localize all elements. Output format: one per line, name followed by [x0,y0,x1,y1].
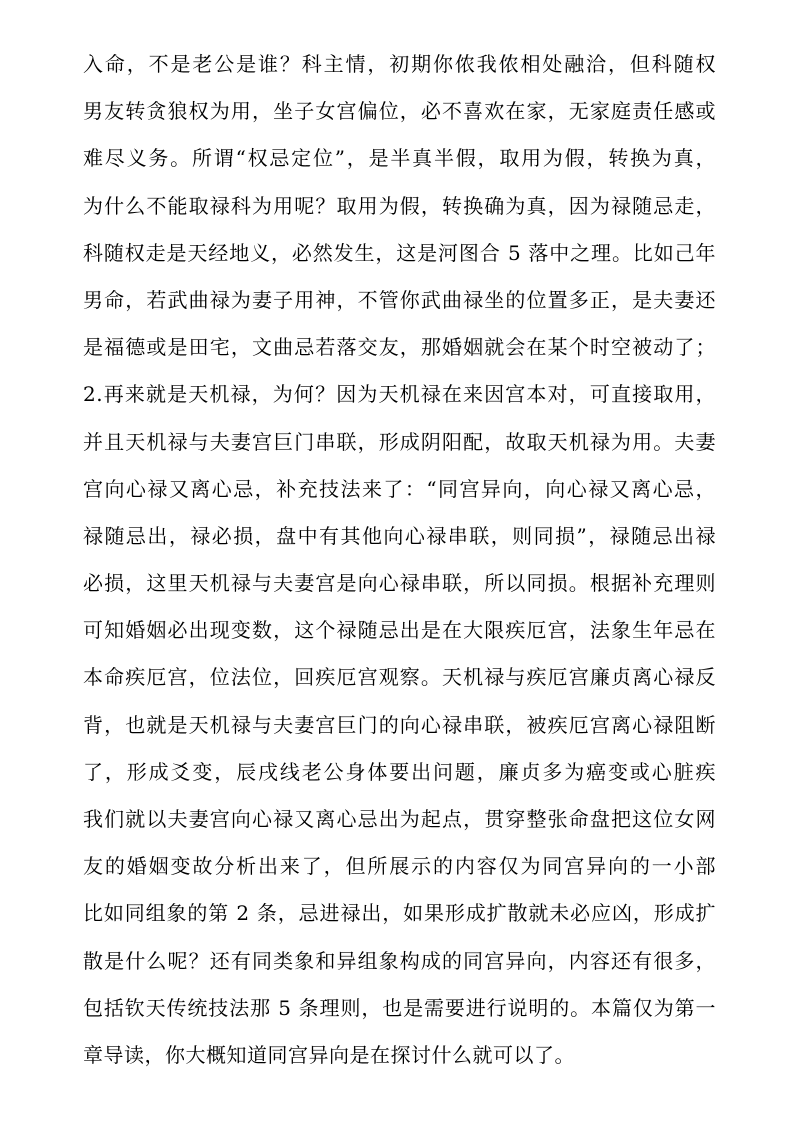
document-page: 入命，不是老公是谁？科主情，初期你侬我侬相处融洽，但科随权走， 男友转贪狼权为用… [0,0,794,1138]
text-line: 了，形成爻变，辰戌线老公身体要出问题，廉贞多为癌变或心脏疾病。 [83,749,716,796]
paragraph-block: 入命，不是老公是谁？科主情，初期你侬我侬相处融洽，但科随权走， 男友转贪狼权为用… [83,41,716,1079]
text-line: 并且天机禄与夫妻宫巨门串联，形成阴阳配，故取天机禄为用。夫妻 [83,419,716,466]
text-line: 背，也就是天机禄与夫妻宫巨门的向心禄串联，被疾厄宫离心禄阻断 [83,702,716,749]
text-line: 科随权走是天经地义，必然发生，这是河图合 5 落中之理。比如己年 [83,230,716,277]
text-line: 男友转贪狼权为用，坐子女宫偏位，必不喜欢在家，无家庭责任感或 [83,88,716,135]
text-line: 我们就以夫妻宫向心禄又离心忌出为起点，贯穿整张命盘把这位女网 [83,796,716,843]
text-line: 禄随忌出，禄必损，盘中有其他向心禄串联，则同损”，禄随忌出禄 [83,513,716,560]
text-line: 宫向心禄又离心忌，补充技法来了：“同宫异向，向心禄又离心忌， [83,466,716,513]
text-line: 比如同组象的第 2 条，忌进禄出，如果形成扩散就未必应凶，形成扩 [83,890,716,937]
text-line: 是福德或是田宅，文曲忌若落交友，那婚姻就会在某个时空被动了； [83,324,716,371]
text-line: 必损，这里天机禄与夫妻宫是向心禄串联，所以同损。根据补充理则 [83,560,716,607]
text-line: 难尽义务。所谓“权忌定位”，是半真半假，取用为假，转换为真， [83,135,716,182]
text-line: 为什么不能取禄科为用呢？取用为假，转换确为真，因为禄随忌走， [83,183,716,230]
text-line: 2.再来就是天机禄，为何？因为天机禄在来因宫本对，可直接取用， [83,371,716,418]
text-line: 本命疾厄宫，位法位，回疾厄宫观察。天机禄与疾厄宫廉贞离心禄反 [83,654,716,701]
text-line: 入命，不是老公是谁？科主情，初期你侬我侬相处融洽，但科随权走， [83,41,716,88]
text-line: 友的婚姻变故分析出来了，但所展示的内容仅为同宫异向的一小部分， [83,843,716,890]
text-line: 男命，若武曲禄为妻子用神，不管你武曲禄坐的位置多正，是夫妻还 [83,277,716,324]
text-line: 包括钦天传统技法那 5 条理则，也是需要进行说明的。本篇仅为第一 [83,985,716,1032]
text-line: 可知婚姻必出现变数，这个禄随忌出是在大限疾厄宫，法象生年忌在 [83,607,716,654]
text-line: 章导读，你大概知道同宫异向是在探讨什么就可以了。 [83,1032,716,1079]
text-line: 散是什么呢？还有同类象和异组象构成的同宫异向，内容还有很多， [83,938,716,985]
